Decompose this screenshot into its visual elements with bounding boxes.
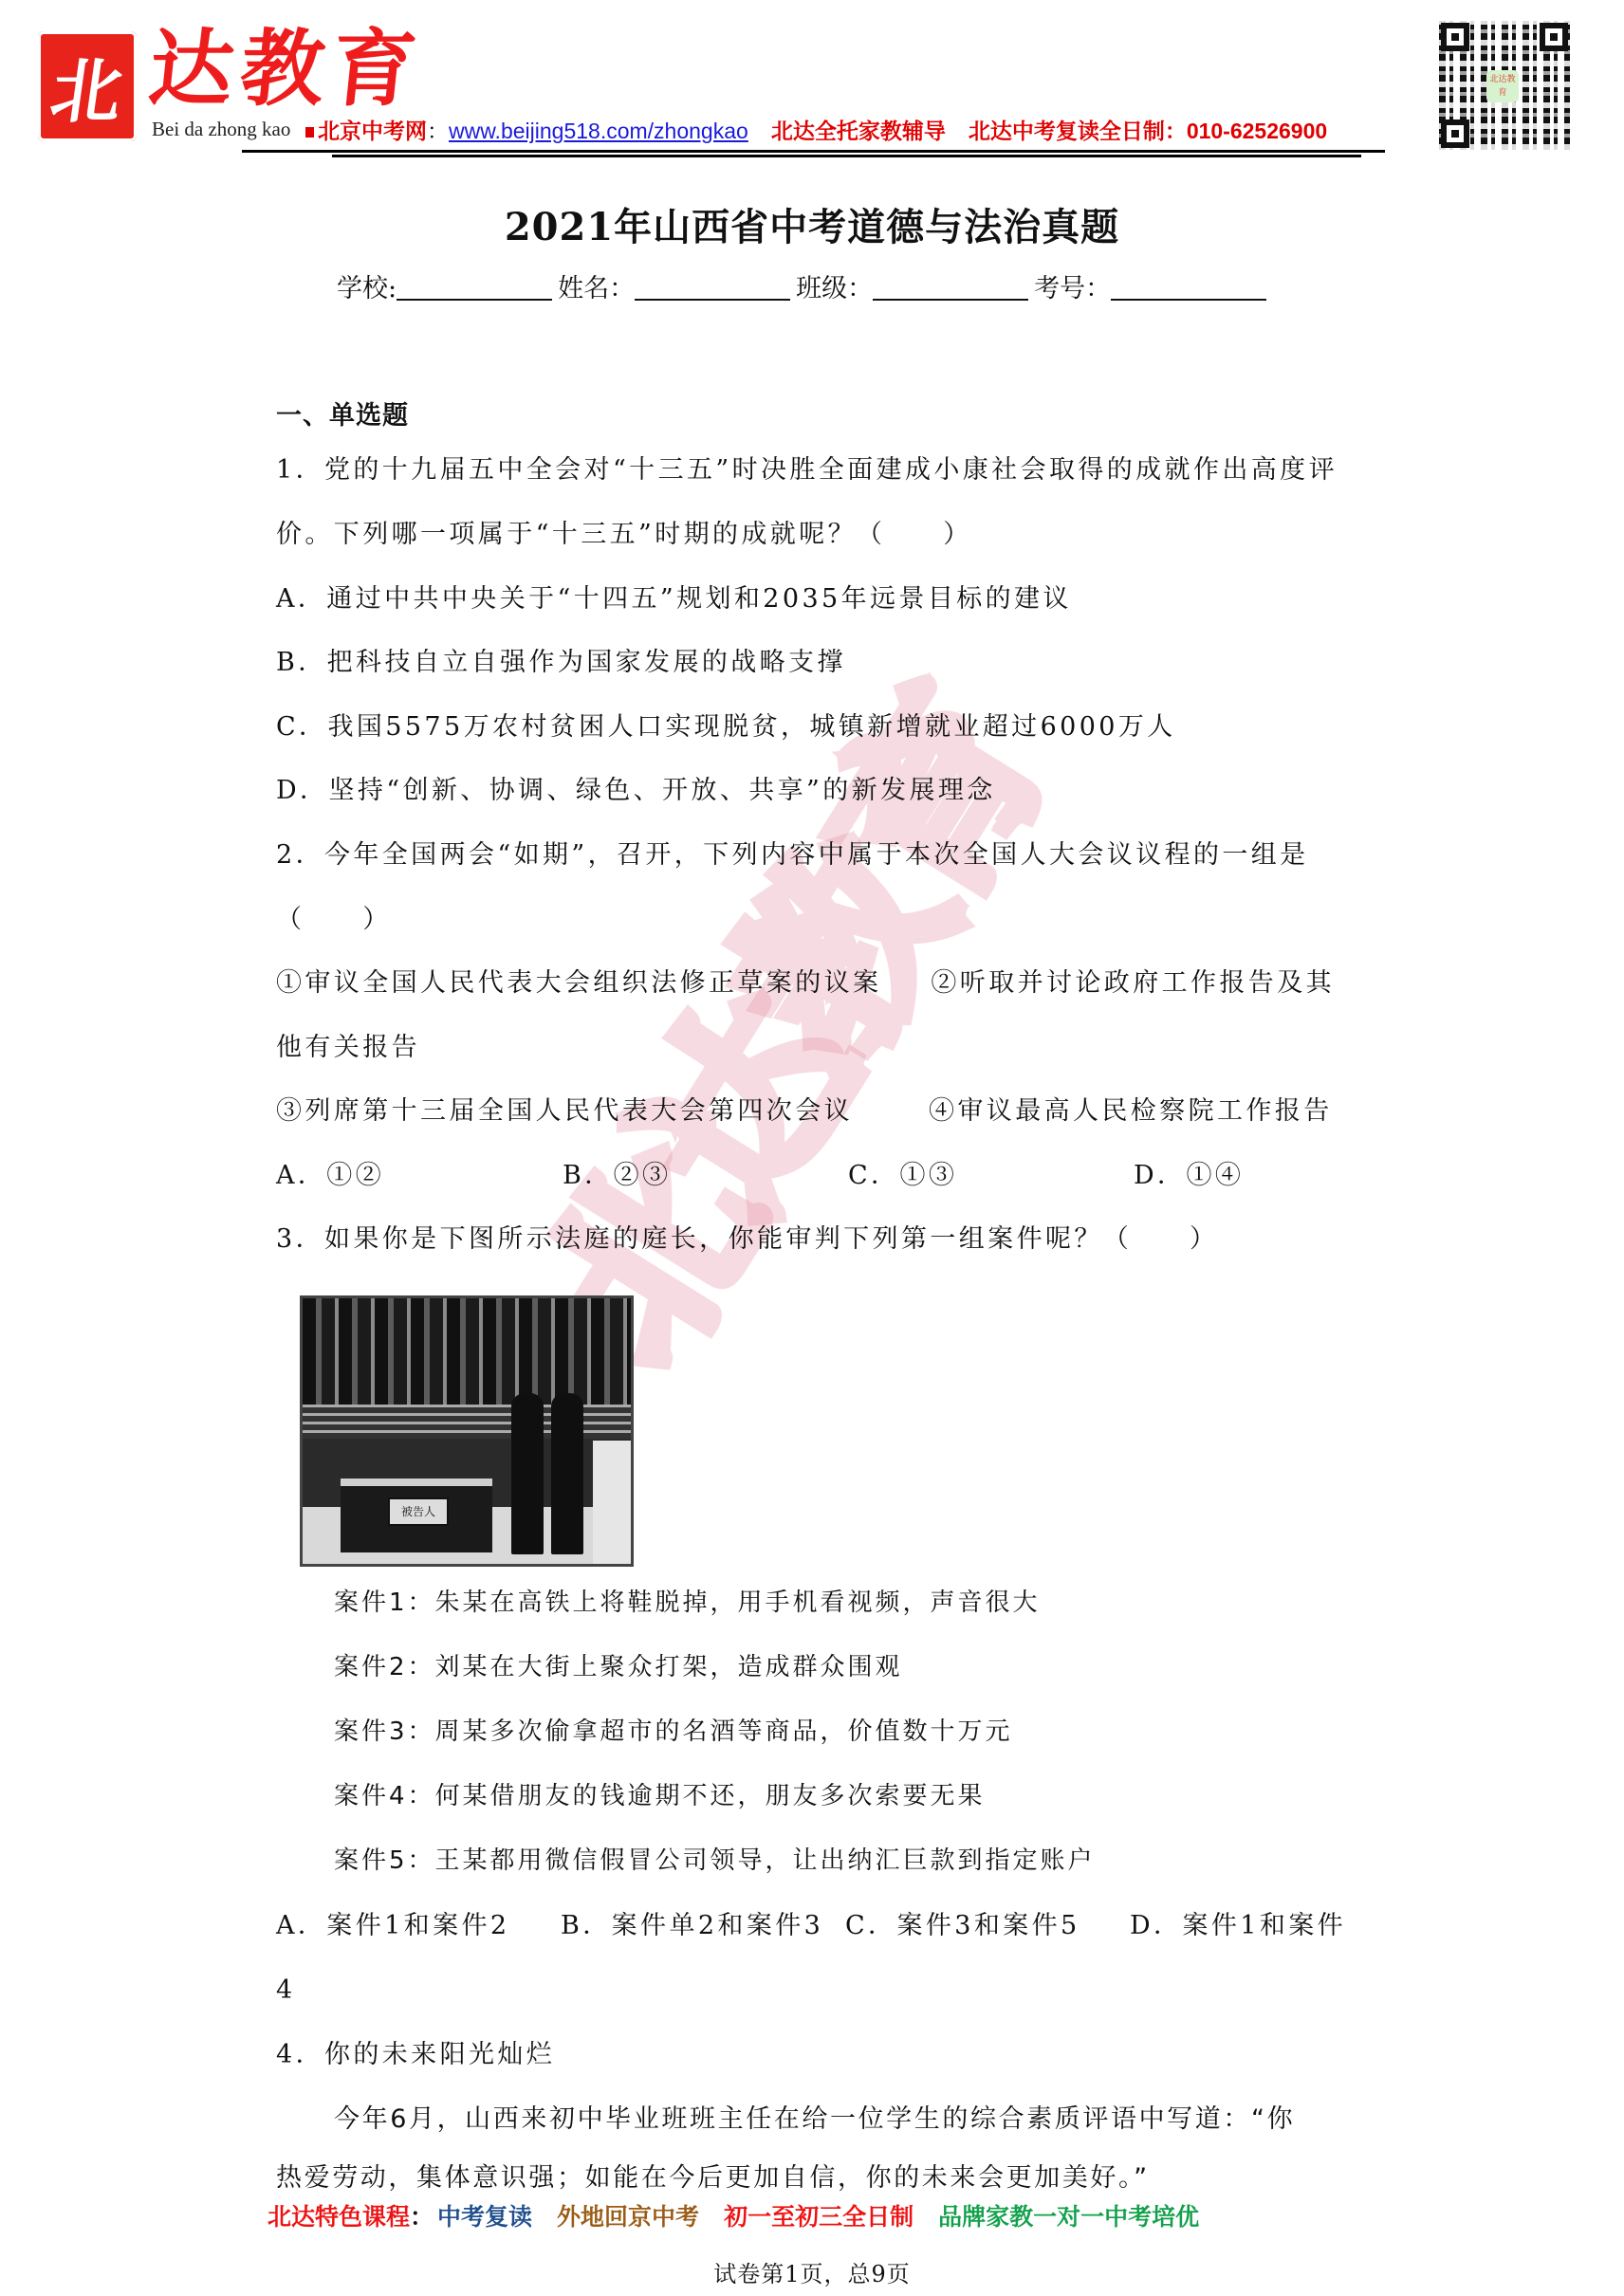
- q2-item-3: ③列席第十三届全国人民代表大会第四次会议: [276, 1096, 853, 1126]
- q2-option-c[interactable]: C．①③: [848, 1159, 957, 1193]
- promo-item-return-beijing[interactable]: 外地回京中考: [557, 2203, 699, 2231]
- promo-item-repeat[interactable]: 中考复读: [437, 2203, 532, 2231]
- exam-number-blank[interactable]: [1111, 276, 1266, 301]
- promo-item-full-day[interactable]: 初一至初三全日制: [724, 2203, 913, 2231]
- logo-box-char: 北: [46, 36, 130, 137]
- q2-item-4: ④审议最高人民检察院工作报告: [929, 1096, 1333, 1126]
- logo-wordmark: 达教育: [145, 27, 427, 110]
- page-title: 2021年山西省中考道德与法治真题: [0, 197, 1624, 251]
- q2-item-1: ①审议全国人民代表大会组织法修正草案的议案: [276, 968, 881, 998]
- q1-option-a[interactable]: A．通过中共中央关于“十四五”规划和2035年远景目标的建议: [276, 582, 1072, 616]
- name-blank[interactable]: [635, 276, 790, 301]
- photo-wall: [593, 1441, 631, 1564]
- q3-option-a[interactable]: A．案件1和案件2: [276, 1909, 509, 1943]
- exam-number-label: 考号：: [1034, 274, 1111, 303]
- exam-number-field[interactable]: 考号：: [1034, 267, 1272, 304]
- q3-option-b[interactable]: B．案件单2和案件3: [561, 1909, 823, 1943]
- promo-colon: ：: [410, 2203, 434, 2231]
- q3-stem: 3．如果你是下图所示法庭的庭长，你能审判下列第一组案件呢？（ ）: [276, 1222, 1218, 1257]
- promo-label: 北达特色课程: [268, 2203, 410, 2231]
- q1-option-c[interactable]: C．我国5575万农村贫困人口实现脱贫，城镇新增就业超过6000万人: [276, 710, 1176, 744]
- q4-paragraph-line2: 热爱劳动，集体意识强；如能在今后更加自信，你的未来会更加美好。”: [276, 2161, 1150, 2195]
- q1-option-b[interactable]: B．把科技自立自强作为国家发展的战略支撑: [276, 646, 846, 680]
- q2-statements-row1: ①审议全国人民代表大会组织法修正草案的议案②听取并讨论政府工作报告及其: [276, 966, 1335, 1001]
- q3-case-1: 案件1：朱某在高铁上将鞋脱掉，用手机看视频，声音很大: [334, 1586, 1041, 1620]
- section-title: 一、单选题: [276, 399, 409, 433]
- site-label: 北京中考网: [318, 119, 427, 143]
- red-square-bullet-icon: [305, 127, 314, 138]
- promo-item-tutoring[interactable]: 品牌家教一对一中考培优: [938, 2203, 1199, 2231]
- q2-option-d[interactable]: D．①④: [1134, 1159, 1244, 1193]
- student-info-row: 学校:姓名：班级：考号：: [337, 267, 1272, 304]
- site-url-link[interactable]: www.beijing518.com/zhongkao: [449, 119, 748, 143]
- q3-case-2: 案件2：刘某在大街上聚众打架，造成群众围观: [334, 1650, 903, 1684]
- photo-bailiff: [511, 1393, 544, 1554]
- q1-stem-line2: 价。下列哪一项属于“十三五”时期的成就呢？（ ）: [276, 518, 972, 552]
- qr-code-icon: 北达教育: [1439, 21, 1570, 150]
- q2-option-a[interactable]: A．①②: [276, 1159, 384, 1193]
- hotline-label: 北达中考复读全日制：010-62526900: [969, 119, 1327, 143]
- qr-center-logo: 北达教育: [1486, 70, 1519, 102]
- school-label: 学校:: [337, 274, 397, 303]
- header-contact-line: 北京中考网：www.beijing518.com/zhongkao北达全托家教辅…: [305, 114, 1327, 145]
- q3-case-3: 案件3：周某多次偷拿超市的名酒等商品，价值数十万元: [334, 1715, 1013, 1749]
- q1-option-d[interactable]: D．坚持“创新、协调、绿色、开放、共享”的新发展理念: [276, 774, 996, 808]
- watermark: 北达教育: [466, 644, 1091, 1407]
- page-number: 试卷第1页，总9页: [0, 2255, 1624, 2288]
- header-rule-thin: [332, 155, 1361, 157]
- photo-bailiff: [551, 1393, 583, 1554]
- qr-finder: [1441, 23, 1469, 51]
- school-blank[interactable]: [397, 276, 552, 301]
- q3-case-5: 案件5：王某都用微信假冒公司领导，让出纳汇巨款到指定账户: [334, 1844, 1096, 1878]
- q2-item-2-wrap: 他有关报告: [276, 1031, 420, 1065]
- q2-stem-line2: （ ）: [276, 903, 392, 937]
- courtroom-photo: 被告人: [300, 1295, 634, 1567]
- school-field[interactable]: 学校:: [337, 267, 558, 304]
- q3-option-d[interactable]: D．案件1和案件: [1130, 1909, 1346, 1943]
- q1-stem-line1: 1．党的十九届五中全会对“十三五”时决胜全面建成小康社会取得的成就作出高度评: [276, 453, 1338, 487]
- site-colon: ：: [427, 119, 449, 143]
- tutoring-label: 北达全托家教辅导: [771, 119, 946, 143]
- name-label: 姓名：: [558, 274, 635, 303]
- q4-title: 4．你的未来阳光灿烂: [276, 2038, 555, 2072]
- q2-statements-row2: ③列席第十三届全国人民代表大会第四次会议④审议最高人民检察院工作报告: [276, 1094, 1333, 1129]
- logo-mark: 北: [38, 31, 137, 141]
- photo-defendant-sign: 被告人: [388, 1497, 449, 1526]
- class-label: 班级：: [796, 274, 873, 303]
- q2-item-2: ②听取并讨论政府工作报告及其: [931, 968, 1335, 998]
- logo-subtitle: Bei da zhong kao: [152, 118, 290, 141]
- q2-option-b[interactable]: B．②③: [563, 1159, 671, 1193]
- q3-option-c[interactable]: C．案件3和案件5: [845, 1909, 1080, 1943]
- promo-bar: 北达特色课程：中考复读外地回京中考初一至初三全日制品牌家教一对一中考培优: [268, 2198, 1224, 2232]
- q3-case-4: 案件4：何某借朋友的钱逾期不还，朋友多次索要无果: [334, 1779, 986, 1813]
- class-blank[interactable]: [873, 276, 1028, 301]
- photo-audience: [303, 1298, 631, 1412]
- qr-finder: [1540, 23, 1568, 51]
- qr-finder: [1441, 119, 1469, 148]
- class-field[interactable]: 班级：: [796, 267, 1034, 304]
- name-field[interactable]: 姓名：: [558, 267, 796, 304]
- q4-paragraph-line1: 今年6月，山西来初中毕业班班主任在给一位学生的综合素质评语中写道：“你: [334, 2103, 1295, 2137]
- q2-stem-line1: 2．今年全国两会“如期”，召开，下列内容中属于本次全国人大会议议程的一组是: [276, 838, 1309, 872]
- q3-option-d-wrap: 4: [276, 1974, 296, 2008]
- header-rule-thick: [242, 150, 1385, 153]
